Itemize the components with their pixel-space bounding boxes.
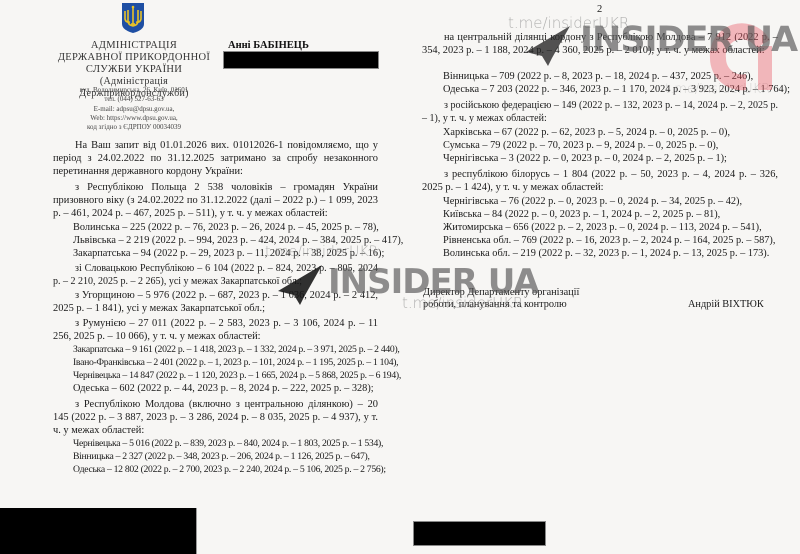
org-line-1: АДМІНІСТРАЦІЯ — [48, 40, 220, 52]
poland-text: з Республікою Польща 2 538 чоловіків – г… — [53, 182, 378, 219]
region-line: Чернівецька – 5 016 (2022 р. – 839, 2023… — [73, 438, 383, 451]
watermark-logo: INSIDER UA — [580, 20, 797, 60]
recipient-name: Анні БАБІНЕЦЬ — [228, 40, 309, 51]
poland-paragraph: з Республікою Польща 2 538 чоловіків – г… — [53, 182, 378, 220]
region-line: Житомирська – 656 (2022 р. – 2, 2023 р. … — [443, 222, 762, 235]
region-line: Одеська – 12 802 (2022 р. – 2 700, 2023 … — [73, 464, 386, 477]
belarus-text: з республікою білорусь – 1 804 (2022 р. … — [422, 169, 778, 193]
signatory-name: Андрій ВІХТЮК — [688, 299, 764, 312]
romania-text: з Румунією – 27 011 (2022 р. – 2 583, 20… — [53, 318, 378, 342]
moldova-paragraph: з Республікою Молдова (включно з централ… — [53, 399, 378, 437]
region-line: Закарпатська – 9 161 (2022 р. – 1 418, 2… — [73, 344, 400, 357]
watermark-logo: INSIDER UA — [328, 262, 539, 302]
watermark-telegram-handle: t.me/insiderUKR — [265, 244, 378, 260]
contact-address: вул. Володимирська, 26, Київ, 01601 — [48, 86, 220, 95]
intro-paragraph: На Ваш запит від 01.01.2026 вих. 0101202… — [53, 140, 378, 178]
region-line: Рівненська обл. – 769 (2022 р. – 16, 202… — [443, 235, 775, 248]
redaction-bar — [0, 508, 197, 554]
region-line: Волинська обл. – 219 (2022 р. – 32, 2023… — [443, 248, 769, 261]
region-line: Київська – 84 (2022 р. – 0, 2023 р. – 1,… — [443, 209, 720, 222]
telegram-plane-icon — [278, 265, 322, 305]
redaction-bar — [223, 51, 379, 69]
region-line: Одеська – 602 (2022 р. – 44, 2023 р. – 8… — [73, 383, 374, 396]
region-line: Волинська – 225 (2022 р. – 76, 2023 р. –… — [73, 222, 379, 235]
contact-phone: тел. (044) 527-63-63 — [48, 95, 220, 104]
region-line: Чернігівська – 3 (2022 р. – 0, 2023 р. –… — [443, 153, 727, 166]
contact-email: E-mail: adpsu@dpsu.gov.ua, — [48, 105, 220, 114]
org-line-3: СЛУЖБИ УКРАЇНИ — [48, 64, 220, 76]
region-line: Вінницька – 2 327 (2022 р. – 348, 2023 р… — [73, 451, 370, 464]
russia-text: з російською федерацією – 149 (2022 р. –… — [422, 100, 778, 124]
region-line: Сумська – 79 (2022 р. – 70, 2023 р. – 9,… — [443, 140, 718, 153]
org-line-2: ДЕРЖАВНОЇ ПРИКОРДОННОЇ — [48, 52, 220, 64]
region-line: Харківська – 67 (2022 р. – 62, 2023 р. –… — [443, 127, 730, 140]
contact-edrpou: код згідно з ЄДРПОУ 00034039 — [48, 123, 220, 132]
ukraine-coat-of-arms-icon — [121, 2, 145, 34]
redaction-bar — [413, 521, 546, 546]
moldova-text: з Республікою Молдова (включно з централ… — [53, 399, 378, 436]
contact-web: Web: https://www.dpsu.gov.ua, — [48, 114, 220, 123]
telegram-plane-icon — [526, 26, 570, 66]
belarus-paragraph: з республікою білорусь – 1 804 (2022 р. … — [422, 169, 778, 195]
intro-text: На Ваш запит від 01.01.2026 вих. 0101202… — [53, 140, 378, 177]
region-line: Чернігівська – 76 (2022 р. – 0, 2023 р. … — [443, 196, 742, 209]
region-line: Івано-Франківська – 2 401 (2022 р. – 1, … — [73, 357, 398, 370]
sender-contacts: вул. Володимирська, 26, Київ, 01601 тел.… — [48, 86, 220, 132]
russia-paragraph: з російською федерацією – 149 (2022 р. –… — [422, 100, 778, 126]
romania-paragraph: з Румунією – 27 011 (2022 р. – 2 583, 20… — [53, 318, 378, 344]
region-line: Чернівецька – 14 847 (2022 р. – 1 120, 2… — [73, 370, 401, 383]
